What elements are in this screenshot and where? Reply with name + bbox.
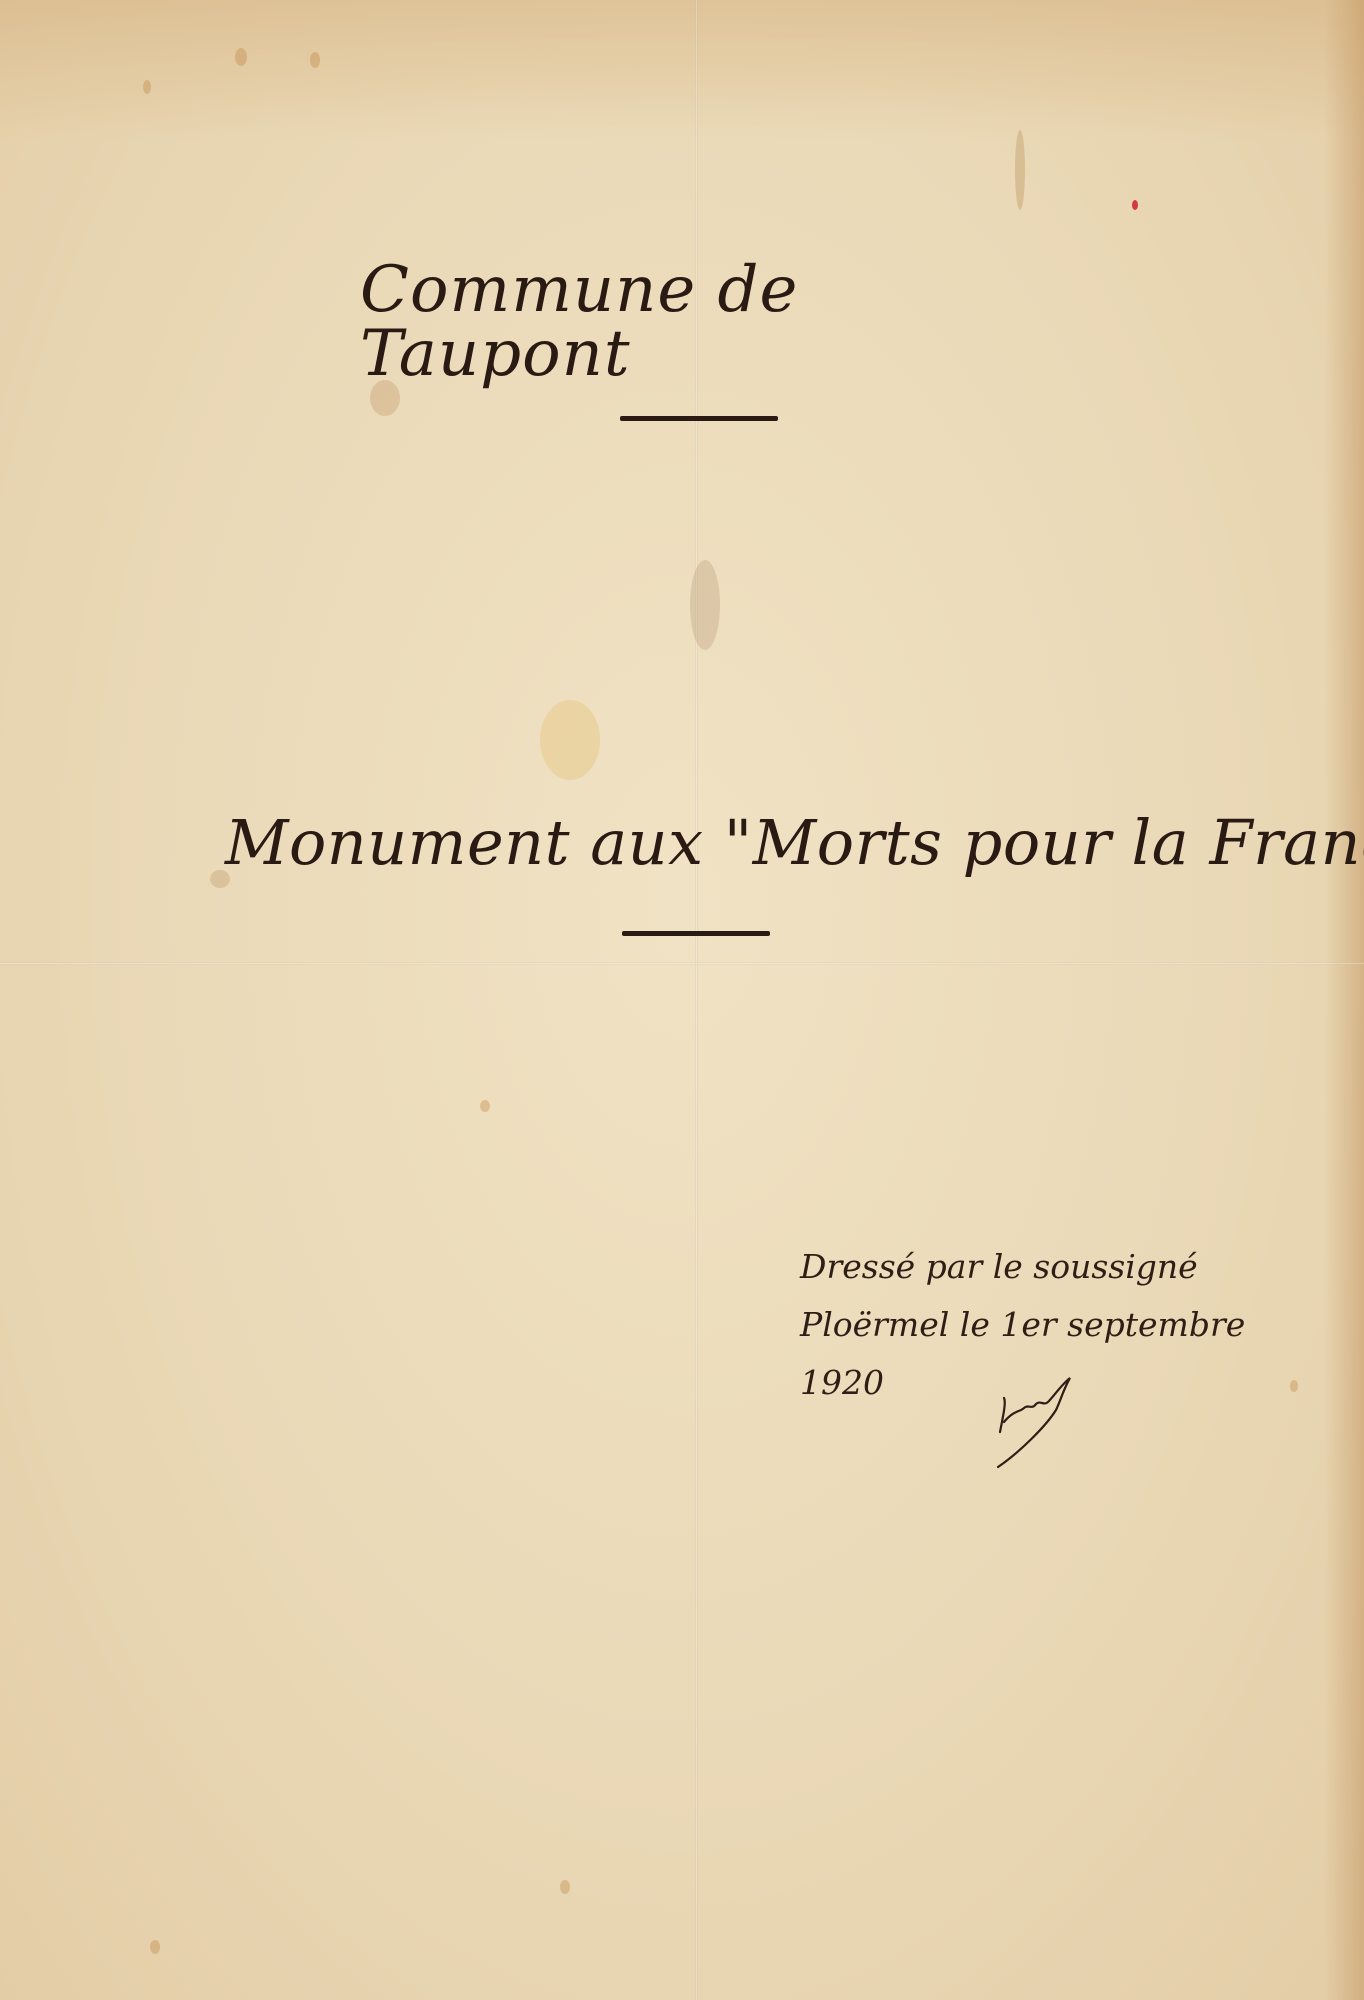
horizontal-fold-line <box>0 962 1364 965</box>
stain-spot <box>235 48 247 66</box>
stain-spot <box>480 1100 490 1112</box>
title-underline <box>620 416 778 421</box>
document-page: Commune de Taupont Monument aux "Morts p… <box>0 0 1364 2000</box>
note-line-drafted-by: Dressé par le soussigné <box>800 1238 1320 1296</box>
stain-streak <box>690 560 720 650</box>
monument-title: Monument aux "Morts pour la France" <box>225 812 1315 874</box>
paper-aging-top <box>0 0 1364 140</box>
stain-spot <box>150 1940 160 1954</box>
paper-aging-edge <box>1324 0 1364 2000</box>
stain-blotch <box>540 700 600 780</box>
red-spot <box>1132 200 1138 210</box>
stain-spot <box>310 52 320 68</box>
stain-streak <box>1015 130 1025 210</box>
commune-title: Commune de Taupont <box>360 258 1060 386</box>
stain-spot <box>560 1880 570 1894</box>
signature-icon <box>990 1362 1110 1472</box>
subtitle-underline <box>622 931 770 936</box>
stain-spot <box>143 80 151 94</box>
